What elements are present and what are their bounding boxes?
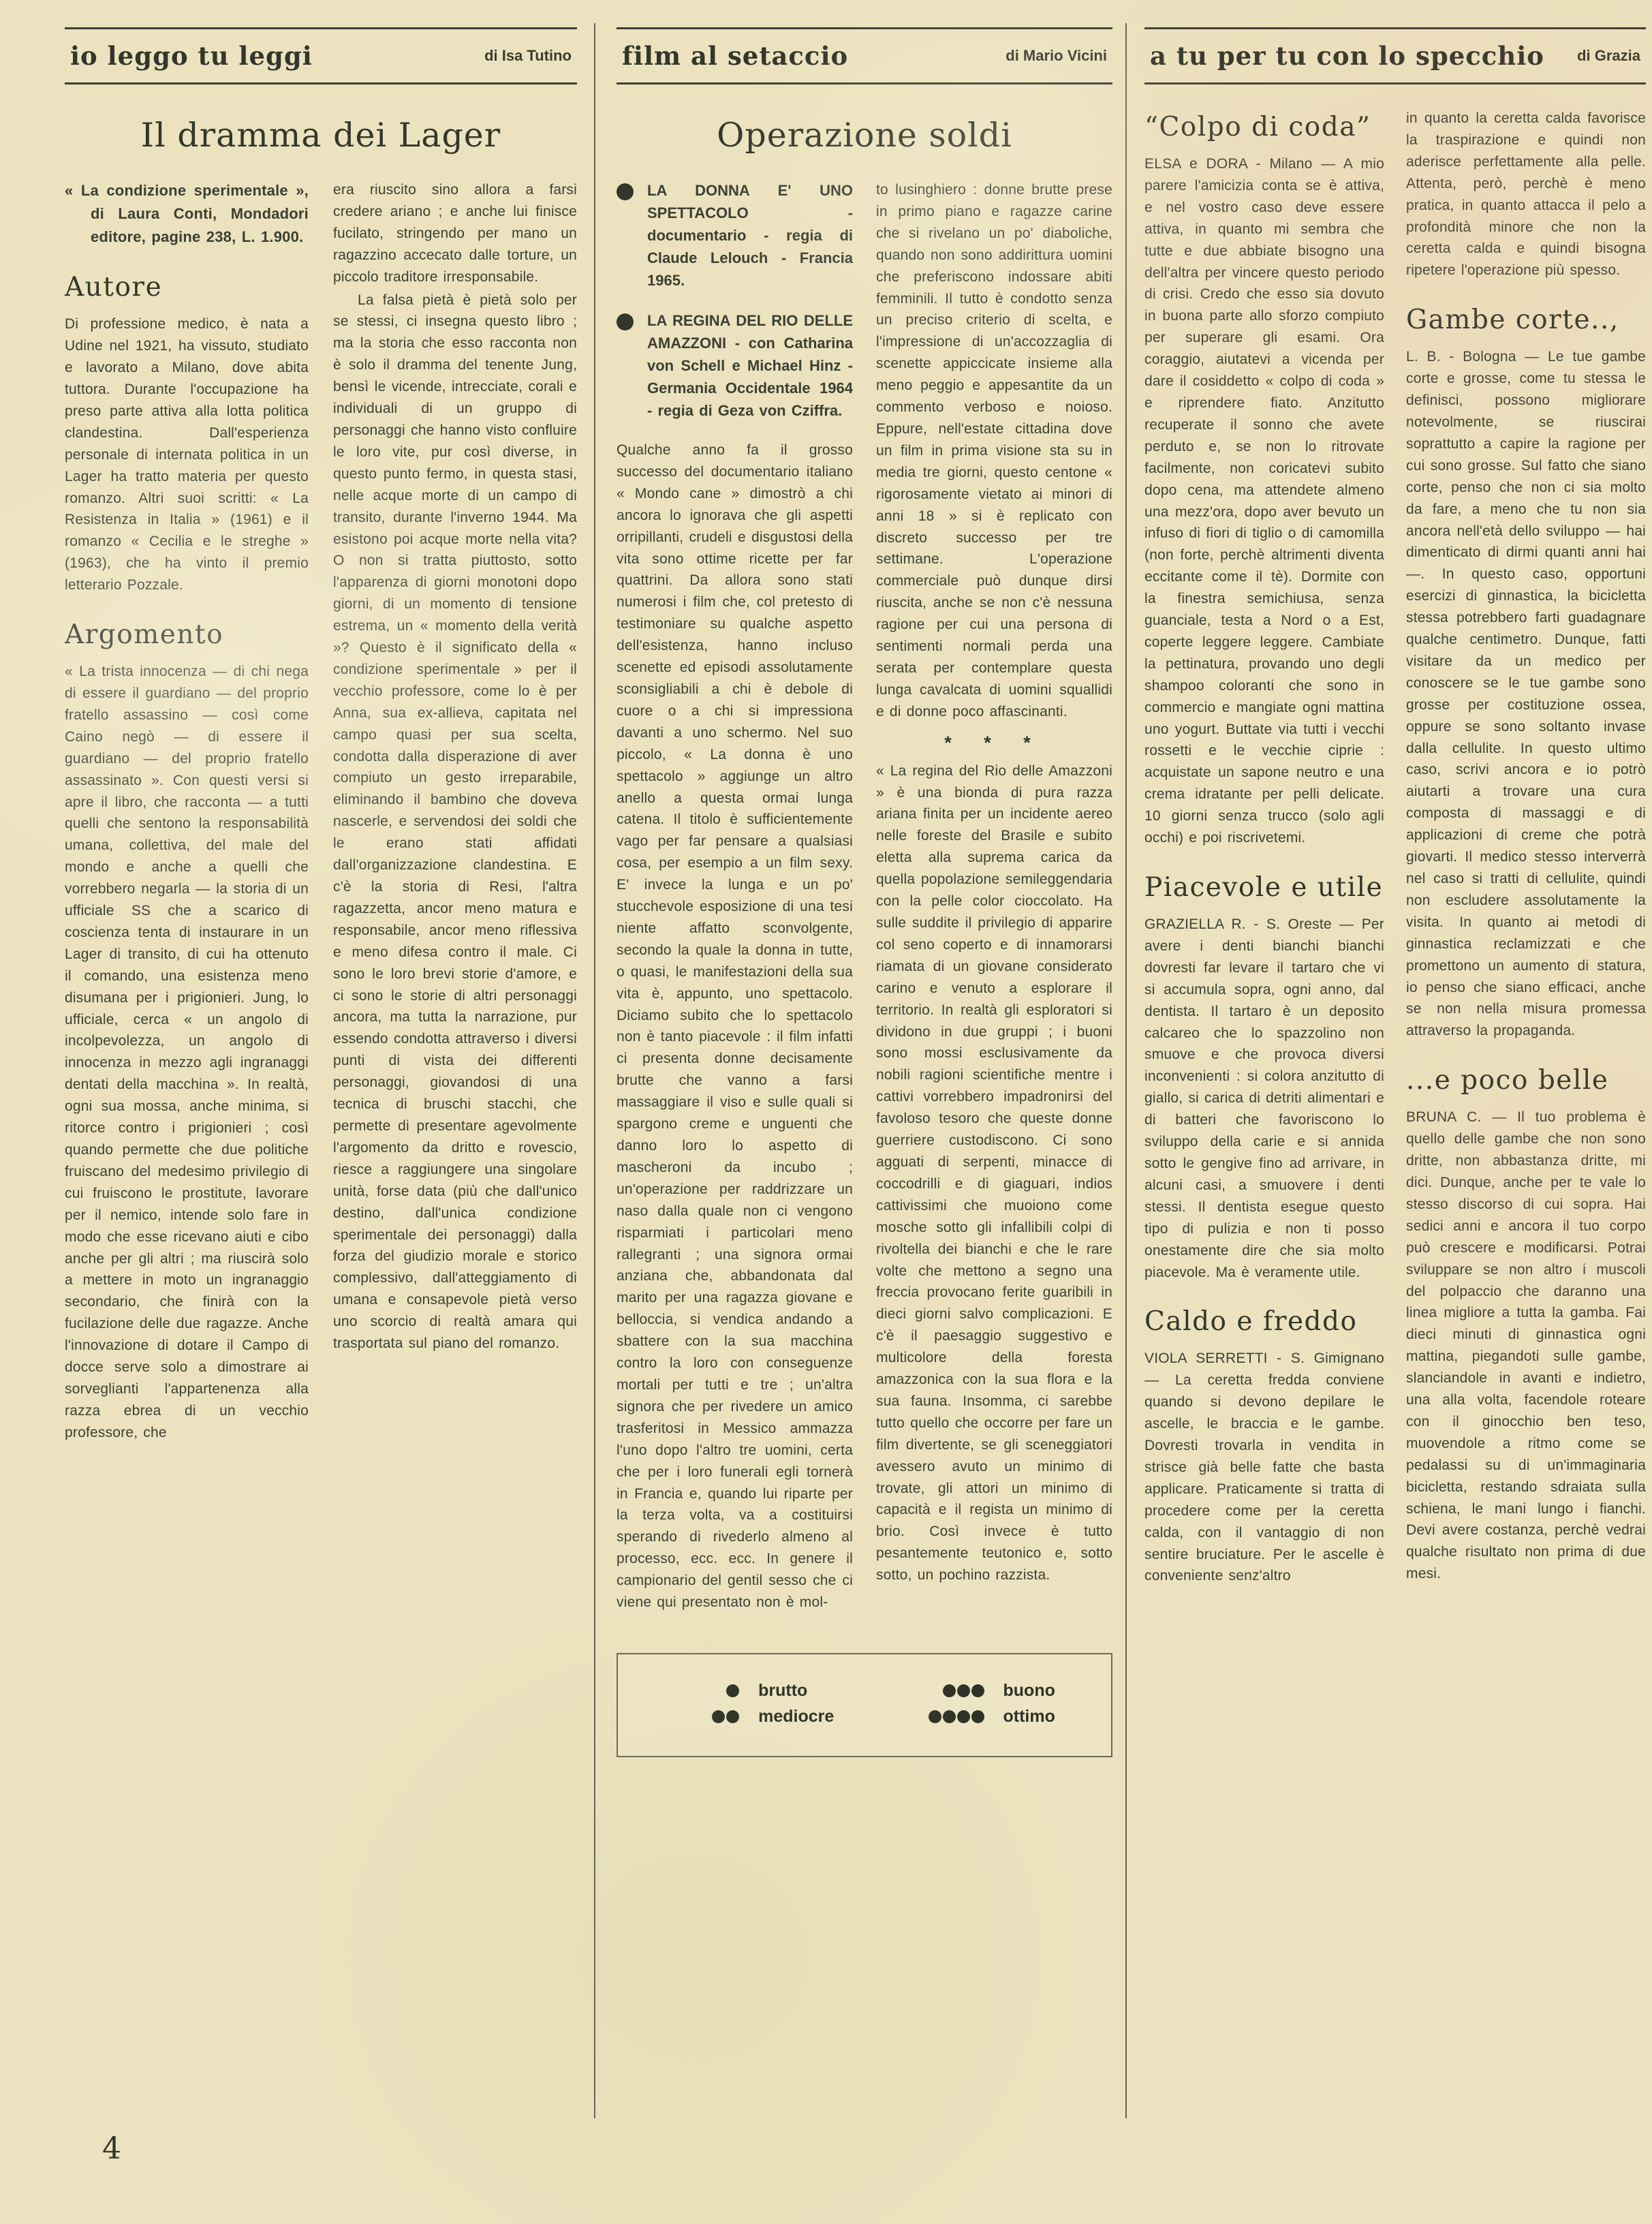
section-title: film al setaccio (622, 41, 848, 71)
paragraph: La falsa pietà è pietà solo per se stess… (333, 290, 577, 1355)
legend-label: ottimo (1003, 1707, 1055, 1727)
rating-dot-icon (957, 1710, 970, 1723)
paragraph: Qualche anno fa il grosso successo del d… (617, 439, 853, 1613)
paragraph: BRUNA C. — Il tuo problema è quello dell… (1406, 1107, 1646, 1585)
article-columns: « La condizione sperimentale », di Laura… (65, 179, 577, 1444)
text-column: era riuscito sino allora a farsi credere… (333, 179, 577, 1444)
section-header-films: film al setaccio di Mario Vicini (617, 27, 1112, 84)
rating-dot-icon (726, 1710, 739, 1723)
text-column: « La condizione sperimentale », di Laura… (65, 179, 309, 1444)
rating-dots (674, 1684, 739, 1697)
text-column: in quanto la ceretta calda favorisce la … (1406, 108, 1646, 1587)
article-title: Operazione soldi (617, 116, 1112, 155)
section-title: a tu per tu con lo specchio (1150, 41, 1544, 71)
article-columns: LA DONNA E' UNO SPETTACOLO - documentari… (617, 179, 1112, 1613)
section-header-mirror: a tu per tu con lo specchio di Grazia (1144, 27, 1646, 84)
film-credit: LA REGINA DEL RIO DELLE AMAZZONI - con C… (617, 309, 853, 422)
article-columns: “Colpo di coda”ELSA e DORA - Milano — A … (1144, 108, 1646, 1587)
sub-heading: Argomento (65, 619, 309, 650)
paragraph: L. B. - Bologna — Le tue gambe corte e g… (1406, 346, 1646, 1042)
rating-dot-icon (726, 1684, 739, 1697)
sub-heading: Caldo e freddo (1144, 1306, 1384, 1337)
rating-dot-icon (957, 1684, 970, 1697)
rating-dots (919, 1684, 984, 1697)
rating-dot-icon (943, 1684, 956, 1697)
text-column: to lusinghiero : donne brutte prese in p… (876, 179, 1112, 1613)
section-beauty-advice: a tu per tu con lo specchio di Grazia “C… (1144, 27, 1646, 1587)
section-byline: di Mario Vicini (1006, 47, 1107, 65)
text-column: “Colpo di coda”ELSA e DORA - Milano — A … (1144, 108, 1384, 1587)
legend-label: brutto (758, 1681, 807, 1701)
bullet-icon (617, 183, 634, 200)
sub-heading: Piacevole e utile (1144, 872, 1384, 903)
legend-item-ottimo: ottimo (919, 1707, 1055, 1727)
legend-item-mediocre: mediocre (674, 1707, 834, 1727)
paragraph: in quanto la ceretta calda favorisce la … (1406, 108, 1646, 281)
sub-heading: Gambe corte.., (1406, 305, 1646, 335)
paragraph: VIOLA SERRETTI - S. Gimignano — La ceret… (1144, 1348, 1384, 1587)
section-divider-right (1125, 23, 1127, 2118)
rating-dots (674, 1710, 739, 1723)
film-credit-text: LA REGINA DEL RIO DELLE AMAZZONI - con C… (647, 309, 853, 422)
rating-dot-icon (929, 1710, 941, 1723)
rating-dot-icon (712, 1710, 725, 1723)
film-credit: LA DONNA E' UNO SPETTACOLO - documentari… (617, 179, 853, 292)
text-column: LA DONNA E' UNO SPETTACOLO - documentari… (617, 179, 853, 1613)
page-number: 4 (102, 2131, 121, 2166)
section-byline: di Isa Tutino (484, 47, 572, 65)
section-book-review: io leggo tu leggi di Isa Tutino Il dramm… (65, 27, 577, 1444)
paragraph: Di professione medico, è nata a Udine ne… (65, 313, 309, 596)
legend-item-brutto: brutto (674, 1681, 834, 1701)
paragraph: ELSA e DORA - Milano — A mio parere l'am… (1144, 153, 1384, 849)
article-title: Il dramma dei Lager (65, 116, 577, 155)
stars-separator: * * * (876, 732, 1112, 754)
rating-dots (919, 1710, 984, 1723)
section-divider-left (594, 23, 595, 2118)
section-header-books: io leggo tu leggi di Isa Tutino (65, 27, 577, 84)
legend-label: mediocre (758, 1707, 834, 1727)
paragraph: « La condizione sperimentale », di Laura… (65, 179, 309, 249)
paragraph: « La regina del Rio delle Amazzoni » è u… (876, 760, 1112, 1586)
sub-heading: “Colpo di coda” (1144, 112, 1384, 142)
paragraph: era riuscito sino allora a farsi credere… (333, 179, 577, 288)
rating-dot-icon (971, 1710, 984, 1723)
section-byline: di Grazia (1577, 47, 1640, 65)
paragraph: GRAZIELLA R. - S. Oreste — Per avere i d… (1144, 914, 1384, 1283)
legend-label: buono (1003, 1681, 1055, 1701)
paragraph: « La trista innocenza — di chi nega di e… (65, 661, 309, 1444)
rating-dot-icon (971, 1684, 984, 1697)
rating-legend-column: buono ottimo (919, 1675, 1055, 1733)
section-film-review: film al setaccio di Mario Vicini Operazi… (617, 27, 1112, 1757)
paragraph: to lusinghiero : donne brutte prese in p… (876, 179, 1112, 723)
bullet-icon (617, 313, 634, 330)
sub-heading: ...e poco belle (1406, 1065, 1646, 1096)
rating-legend: brutto mediocre buono ottimo (617, 1653, 1112, 1757)
rating-legend-column: brutto mediocre (674, 1675, 834, 1733)
film-credit-text: LA DONNA E' UNO SPETTACOLO - documentari… (647, 179, 853, 292)
section-title: io leggo tu leggi (70, 41, 313, 71)
rating-dot-icon (943, 1710, 956, 1723)
sub-heading: Autore (65, 272, 309, 303)
legend-item-buono: buono (919, 1681, 1055, 1701)
